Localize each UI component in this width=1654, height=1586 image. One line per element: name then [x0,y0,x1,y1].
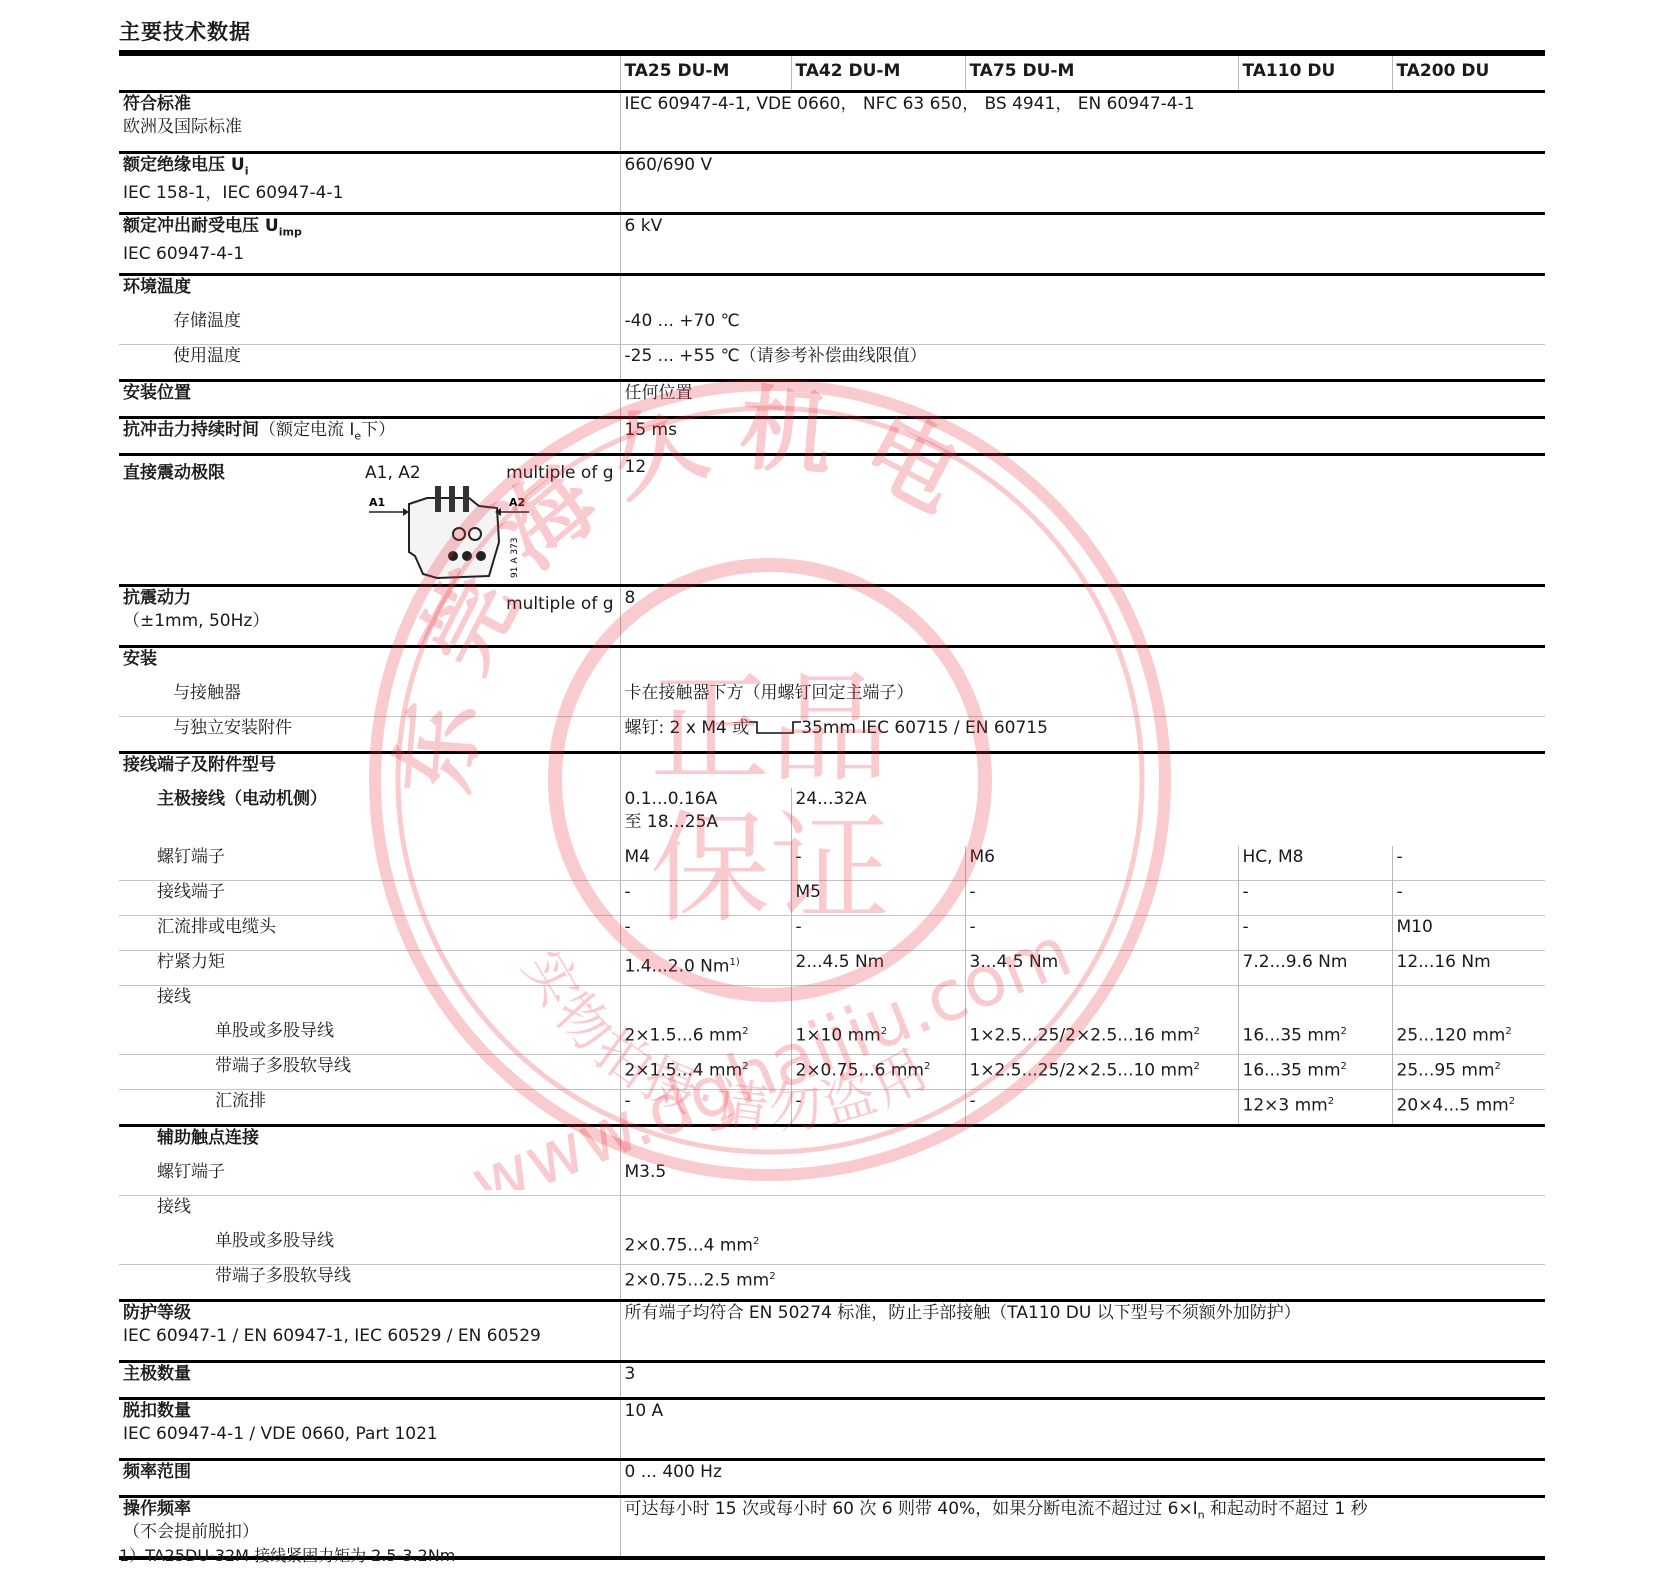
col-header: TA42 DU-M [791,53,965,92]
table-row: 带端子多股软导线 2×0.75...2.5 mm2 [119,1265,1545,1301]
table-row: 辅助触点连接 [119,1126,1545,1162]
table-row: 螺钉端子 M4 - M6 HC, M8 - [119,846,1545,881]
table-row: 单股或多股导线 2×0.75...4 mm2 [119,1230,1545,1265]
table-row: 频率范围 0 ... 400 Hz [119,1460,1545,1497]
svg-text:91 A 373: 91 A 373 [510,537,520,578]
table-row: 防护等级IEC 60947-1 / EN 60947-1, IEC 60529 … [119,1301,1545,1362]
page-title: 主要技术数据 [119,16,251,46]
footnote: 1）TA25DU-32M 接线紧固力矩为 2.5-3.2Nm [119,1543,455,1566]
table-row: 安装位置 任何位置 [119,381,1545,418]
table-row: 主极接线（电动机侧） 0.1...0.16A 至 18...25A 24...3… [119,788,1545,846]
header-row: TA25 DU-M TA42 DU-M TA75 DU-M TA110 DU T… [119,53,1545,92]
table-row: 接线 [119,986,1545,1021]
din-rail-icon [749,719,801,735]
table-row: 额定冲出耐受电压 UimpIEC 60947-4-1 6 kV [119,214,1545,275]
col-header: TA110 DU [1238,53,1392,92]
table-row: 额定绝缘电压 UiIEC 158-1，IEC 60947-4-1 660/690… [119,153,1545,214]
table-row: 符合标准欧洲及国际标准 IEC 60947-4-1, VDE 0660， NFC… [119,92,1545,153]
svg-text:A1: A1 [369,496,385,509]
table-row: 主极数量 3 [119,1362,1545,1399]
table-row: 单股或多股导线 2×1.5...6 mm2 1×10 mm2 1×2.5...2… [119,1020,1545,1055]
table-row: 脱扣数量IEC 60947-4-1 / VDE 0660, Part 1021 … [119,1399,1545,1460]
table-row: 带端子多股软导线 2×1.5...4 mm2 2×0.75...6 mm2 1×… [119,1055,1545,1090]
col-header: TA75 DU-M [965,53,1238,92]
table-row: 与接触器 卡在接触器下方（用螺钉回定主端子） [119,682,1545,717]
spec-table: TA25 DU-M TA42 DU-M TA75 DU-M TA110 DU T… [119,50,1545,1560]
col-header: TA25 DU-M [620,53,791,92]
table-row: 接线端子 - M5 - - - [119,881,1545,916]
table-row: 汇流排或电缆头 - - - - M10 [119,916,1545,951]
relay-diagram-icon: A1 A2 91 A 373 [369,486,529,582]
table-row: 抗冲击力持续时间（额定电流 Ie下） 15 ms [119,418,1545,455]
table-row: 存储温度 -40 ... +70 ℃ [119,310,1545,345]
table-row: 使用温度 -25 ... +55 ℃（请参考补偿曲线限值） [119,345,1545,381]
table-row: 安装 [119,647,1545,683]
table-row: 接线端子及附件型号 [119,753,1545,789]
table-row: 环境温度 [119,275,1545,311]
table-row: 螺钉端子 M3.5 [119,1161,1545,1196]
table-row: 直接震动极限 A1, A2 multiple of g A1 A2 91 A 3… [119,455,1545,586]
svg-text:A2: A2 [509,496,525,509]
table-row: 抗震动力（±1mm, 50Hz）multiple of g 8 [119,586,1545,647]
table-row: 接线 [119,1196,1545,1231]
table-row: 柠紧力矩 1.4...2.0 Nm1) 2...4.5 Nm 3...4.5 N… [119,951,1545,986]
table-row: 汇流排 - - - 12×3 mm2 20×4...5 mm2 [119,1090,1545,1126]
table-row: 与独立安装附件 螺钉: 2 x M4 或35mm IEC 60715 / EN … [119,717,1545,753]
col-header: TA200 DU [1392,53,1545,92]
